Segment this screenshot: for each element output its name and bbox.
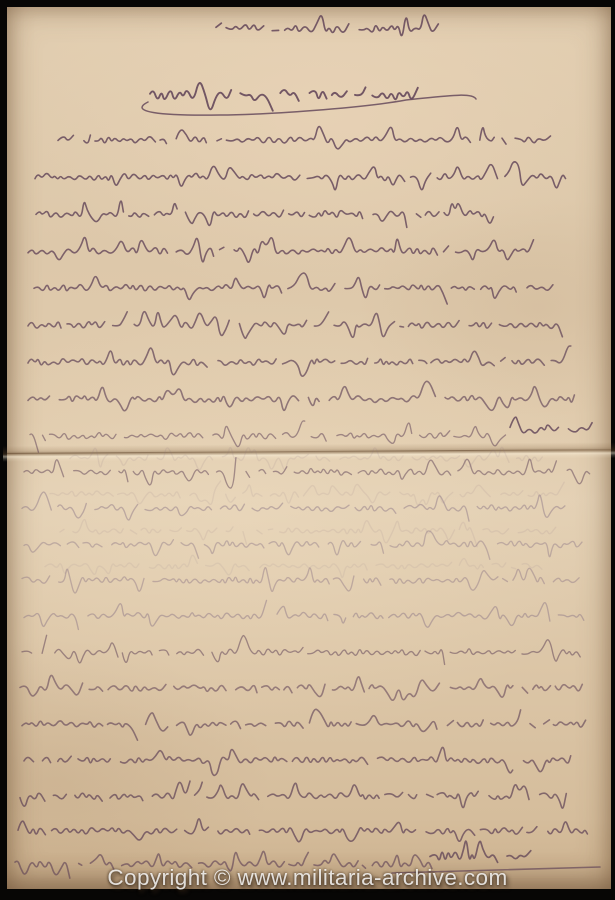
letter-paper <box>7 7 611 889</box>
watermark-text: Copyright © www.militaria-archive.com <box>107 865 507 891</box>
scan-background: Copyright © www.militaria-archive.com <box>0 0 615 900</box>
